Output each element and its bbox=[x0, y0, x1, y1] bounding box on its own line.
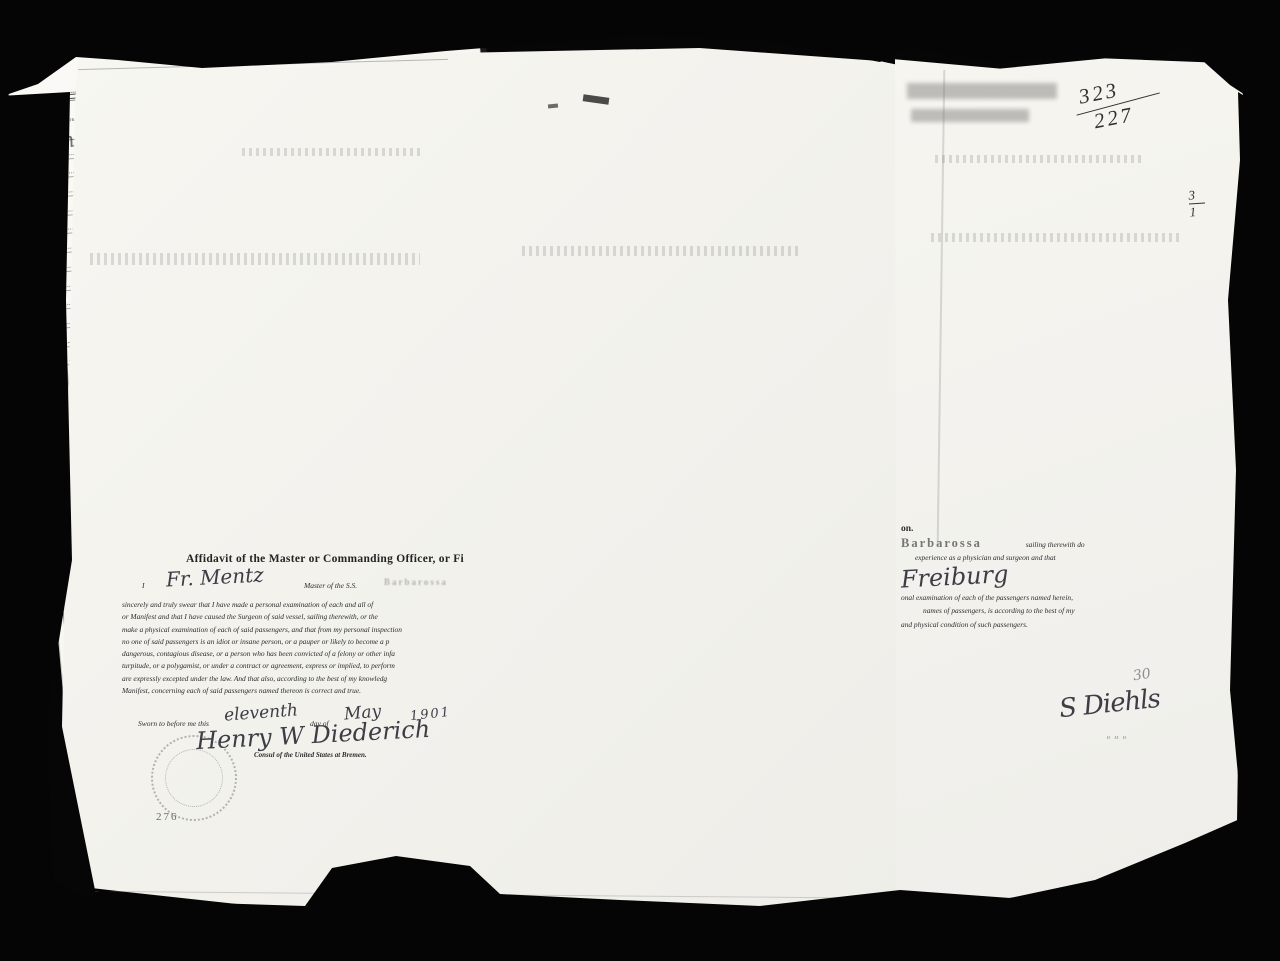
faded-stamp-smear bbox=[911, 109, 1029, 122]
affidavit-line: sincerely and truly swear that I have ma… bbox=[122, 599, 527, 611]
consul-title: Consul of the United States at Bremen. bbox=[254, 751, 367, 759]
scanned-manifest-document: Affidavit of the Master or Commanding Of… bbox=[0, 0, 1280, 961]
illegible-smudge bbox=[935, 155, 1145, 163]
vessel-name-faded: Barbarossa bbox=[384, 577, 448, 587]
affidavit-line: no one of said passengers is an idiot or… bbox=[122, 636, 527, 648]
illegible-smudge bbox=[522, 246, 802, 256]
line-names: names of passengers, is according to the… bbox=[901, 604, 1231, 618]
illegible-smudge bbox=[242, 148, 422, 156]
affidavit-line: Manifest, concerning each of said passen… bbox=[122, 685, 527, 697]
affidavit-intro-line: I Fr. Mentz Master of the S.S. Barbaross… bbox=[122, 571, 532, 597]
side-fraction-top: 3 bbox=[1188, 186, 1205, 203]
affidavit-body: sincerely and truly swear that I have ma… bbox=[122, 599, 527, 697]
affidavit-block: Affidavit of the Master or Commanding Of… bbox=[122, 553, 532, 765]
handwritten-fraction: 323 227 bbox=[1077, 70, 1165, 136]
officer-note: H. M. H. bbox=[1107, 736, 1129, 741]
faded-stamp-smear bbox=[907, 83, 1057, 99]
master-label: Master of the S.S. bbox=[304, 581, 357, 590]
affidavit-line: turpitude, or a polygamist, or under a c… bbox=[122, 660, 527, 672]
affidavit-heading: Affidavit of the Master or Commanding Of… bbox=[122, 553, 532, 565]
line-condition: and physical condition of such passenger… bbox=[901, 618, 1231, 632]
vessel-stamp: Barbarossa bbox=[901, 536, 982, 550]
right-page-text: on. Barbarossa sailing therewith do expe… bbox=[901, 523, 1231, 631]
handwritten-side-fraction: 3 1 bbox=[1188, 186, 1206, 220]
affidavit-line: are expressly excepted under the law. An… bbox=[122, 673, 527, 685]
officer-signature: S Diehls bbox=[1058, 684, 1162, 724]
affidavit-line: or Manifest and that I have caused the S… bbox=[122, 611, 527, 623]
affidavit-line: dangerous, contagious disease, or a pers… bbox=[122, 648, 527, 660]
affidavit-page: Affidavit of the Master or Commanding Of… bbox=[62, 48, 945, 918]
illegible-smudge bbox=[931, 233, 1181, 242]
intro-pre: I bbox=[142, 581, 145, 590]
affidavit-line: make a physical examination of each of s… bbox=[122, 624, 527, 636]
master-signature: Fr. Mentz bbox=[165, 562, 264, 591]
page-number: 276 bbox=[156, 811, 179, 823]
line-sailing: sailing therewith do bbox=[1026, 540, 1085, 549]
illegible-smudge bbox=[90, 253, 420, 265]
surgeon-affidavit-page: 323 227 3 1 on. Barbarossa sailing there… bbox=[895, 55, 1245, 905]
side-fraction-bottom: 1 bbox=[1189, 203, 1206, 220]
fragment-on: on. bbox=[901, 523, 1231, 537]
count-mark: 30 bbox=[1132, 666, 1152, 685]
